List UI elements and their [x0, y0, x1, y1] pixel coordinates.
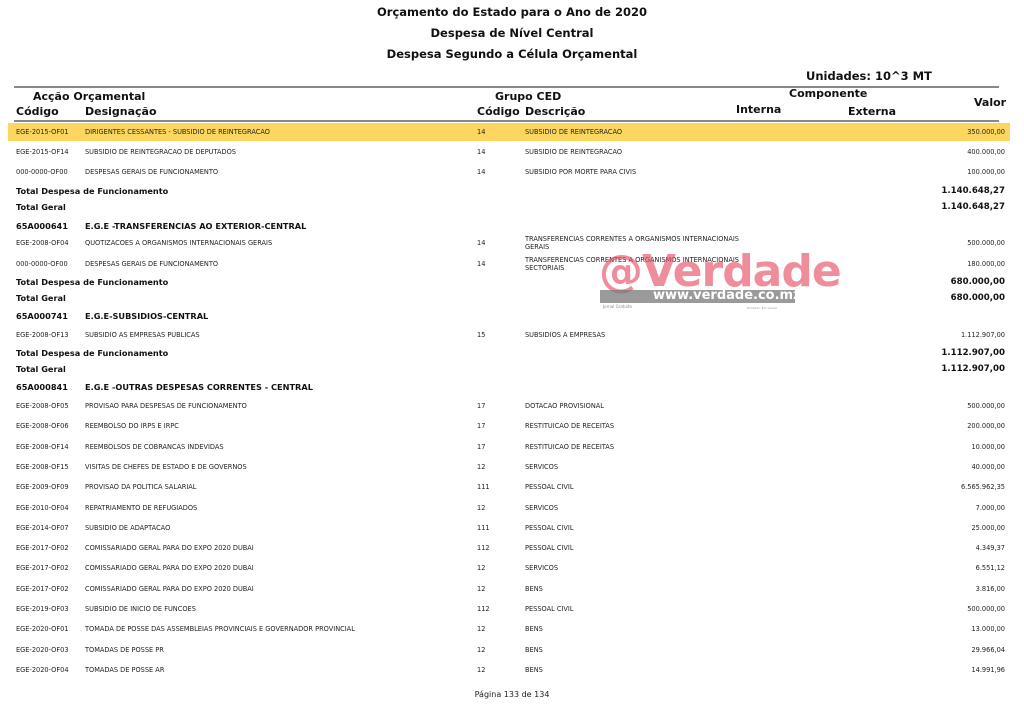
row-group-code: 112 — [477, 600, 490, 618]
table-row[interactable]: EGE-2020-OF01TOMADA DE POSSE DAS ASSEMBL… — [8, 620, 1010, 638]
report-subtitle: Despesa de Nível Central — [0, 26, 1024, 40]
row-description: TRANSFERENCIAS CORRENTES A ORGANISMOS IN… — [525, 256, 739, 272]
row-designation: SUBSIDIO DE REINTEGRACAO DE DEPUTADOS — [85, 143, 236, 161]
row-value: 500.000,00 — [967, 397, 1005, 415]
row-description: SUBSIDIO POR MORTE PARA CIVIS — [525, 163, 636, 181]
row-value: 500.000,00 — [967, 600, 1005, 618]
row-group-code: 14 — [477, 143, 485, 161]
row-designation: PROVISAO DA POLITICA SALARIAL — [85, 478, 196, 496]
table-row[interactable]: EGE-2009-OF09PROVISAO DA POLITICA SALARI… — [8, 478, 1010, 496]
row-designation: DIRIGENTES CESSANTES - SUBSIDIO DE REINT… — [85, 123, 270, 141]
row-code: EGE-2017-OF02 — [16, 580, 69, 598]
report-subtitle-2: Despesa Segundo a Célula Orçamental — [0, 47, 1024, 61]
row-code: EGE-2008-OF06 — [16, 417, 69, 435]
row-designation: VISITAS DE CHEFES DE ESTADO E DE GOVERNO… — [85, 458, 247, 476]
col-codigo: Código — [16, 105, 59, 118]
row-value: 7.000,00 — [976, 499, 1005, 517]
row-designation: TOMADAS DE POSSE PR — [85, 641, 164, 659]
row-group-code: 14 — [477, 255, 485, 273]
row-code: EGE-2017-OF02 — [16, 539, 69, 557]
row-group-code: 111 — [477, 478, 490, 496]
row-value: 29.966,04 — [971, 641, 1005, 659]
row-designation: REPATRIAMENTO DE REFUGIADOS — [85, 499, 197, 517]
row-description: BENS — [525, 580, 543, 598]
col-accao: Acção Orçamental — [33, 90, 145, 103]
row-value: 25.000,00 — [971, 519, 1005, 537]
row-group-code: 112 — [477, 539, 490, 557]
row-code: EGE-2020-OF03 — [16, 641, 69, 659]
col-componente: Componente — [789, 87, 867, 100]
section-code: 65A000641 — [16, 218, 68, 234]
total-label: Total Geral — [16, 290, 66, 306]
row-code: EGE-2008-OF04 — [16, 234, 69, 252]
row-designation: SUBSIDIO DE INICIO DE FUNCOES — [85, 600, 196, 618]
section-name: E.G.E -OUTRAS DESPESAS CORRENTES - CENTR… — [85, 379, 313, 395]
table-row[interactable]: EGE-2015-OF14 SUBSIDIO DE REINTEGRACAO D… — [8, 143, 1010, 161]
row-value: 1.112.907,00 — [961, 326, 1005, 344]
table-row[interactable]: EGE-2017-OF02COMISSARIADO GERAL PARA DO … — [8, 539, 1010, 557]
row-description: DOTACAO PROVISIONAL — [525, 397, 604, 415]
section-header: 65A000641 E.G.E -TRANSFERENCIAS AO EXTER… — [16, 218, 1005, 234]
row-group-code: 14 — [477, 163, 485, 181]
row-designation: COMISSARIADO GERAL PARA DO EXPO 2020 DUB… — [85, 559, 254, 577]
row-group-code: 111 — [477, 519, 490, 537]
row-designation: TOMADA DE POSSE DAS ASSEMBLEIAS PROVINCI… — [85, 620, 355, 638]
row-value: 180.000,00 — [967, 255, 1005, 273]
table-row[interactable]: EGE-2019-OF03SUBSIDIO DE INICIO DE FUNCO… — [8, 600, 1010, 618]
row-value: 40.000,00 — [971, 458, 1005, 476]
col-externa: Externa — [848, 105, 896, 118]
row-description: PESSOAL CIVIL — [525, 519, 574, 537]
row-designation: PROVISAO PARA DESPESAS DE FUNCIONAMENTO — [85, 397, 247, 415]
row-designation: SUBSIDIO AS EMPRESAS PUBLICAS — [85, 326, 200, 344]
row-code: EGE-2020-OF01 — [16, 620, 69, 638]
row-description: BENS — [525, 641, 543, 659]
table-row[interactable]: EGE-2008-OF06REEMBOLSO DO IRPS E IRPC17R… — [8, 417, 1010, 435]
row-code: EGE-2015-OF14 — [16, 143, 69, 161]
row-description: TRANSFERENCIAS CORRENTES A ORGANISMOS IN… — [525, 235, 739, 251]
row-description: RESTITUICAO DE RECEITAS — [525, 417, 614, 435]
row-description: PESSOAL CIVIL — [525, 600, 574, 618]
row-group-code: 12 — [477, 580, 485, 598]
section-code: 65A000741 — [16, 308, 68, 324]
table-row[interactable]: EGE-2015-OF01 DIRIGENTES CESSANTES - SUB… — [8, 123, 1010, 141]
row-description: SERVICOS — [525, 559, 558, 577]
total-value: 1.140.648,27 — [941, 183, 1005, 199]
row-designation: DESPESAS GERAIS DE FUNCIONAMENTO — [85, 255, 218, 273]
total-label: Total Despesa de Funcionamento — [16, 274, 168, 290]
units-label: Unidades: 10^3 MT — [806, 69, 932, 83]
row-value: 400.000,00 — [967, 143, 1005, 161]
table-row[interactable]: EGE-2008-OF04 QUOTIZACOES A ORGANISMOS I… — [8, 234, 1010, 252]
col-designacao: Designação — [85, 105, 157, 118]
col-interna: Interna — [736, 103, 781, 116]
row-value: 100.000,00 — [967, 163, 1005, 181]
row-code: EGE-2019-OF03 — [16, 600, 69, 618]
row-code: EGE-2008-OF14 — [16, 438, 69, 456]
page-number: Página 133 de 134 — [0, 690, 1024, 699]
row-value: 500.000,00 — [967, 234, 1005, 252]
row-group-code: 12 — [477, 620, 485, 638]
row-value: 3.816,00 — [976, 580, 1005, 598]
row-code: EGE-2008-OF13 — [16, 326, 69, 344]
row-designation: REEMBOLSO DO IRPS E IRPC — [85, 417, 179, 435]
row-description: RESTITUICAO DE RECEITAS — [525, 438, 614, 456]
section-name: E.G.E-SUBSIDIOS-CENTRAL — [85, 308, 208, 324]
table-row[interactable]: EGE-2008-OF05PROVISAO PARA DESPESAS DE F… — [8, 397, 1010, 415]
total-value: 680.000,00 — [951, 290, 1005, 306]
total-label: Total Despesa de Funcionamento — [16, 183, 168, 199]
row-group-code: 14 — [477, 234, 485, 252]
row-description: PESSOAL CIVIL — [525, 539, 574, 557]
row-code: EGE-2008-OF15 — [16, 458, 69, 476]
row-description: SUBSIDIO DE REINTEGRACAO — [525, 123, 622, 141]
row-group-code: 15 — [477, 326, 485, 344]
total-value: 1.112.907,00 — [941, 361, 1005, 377]
total-funcionamento: Total Despesa de Funcionamento 1.140.648… — [16, 183, 1005, 199]
row-code: 000-0000-OF00 — [16, 163, 68, 181]
row-group-code: 12 — [477, 499, 485, 517]
row-value: 14.991,96 — [971, 661, 1005, 679]
row-description: BENS — [525, 661, 543, 679]
row-code: EGE-2009-OF09 — [16, 478, 69, 496]
row-description: BENS — [525, 620, 543, 638]
row-code: EGE-2008-OF05 — [16, 397, 69, 415]
header-bottom-rule — [14, 120, 999, 122]
row-group-code: 14 — [477, 123, 485, 141]
table-row[interactable]: EGE-2020-OF04TOMADAS DE POSSE AR12BENS14… — [8, 661, 1010, 679]
row-group-code: 12 — [477, 641, 485, 659]
row-value: 350.000,00 — [967, 123, 1005, 141]
row-designation: COMISSARIADO GERAL PARA DO EXPO 2020 DUB… — [85, 539, 254, 557]
row-designation: TOMADAS DE POSSE AR — [85, 661, 164, 679]
row-group-code: 12 — [477, 559, 485, 577]
col-descricao: Descrição — [525, 105, 585, 118]
row-code: EGE-2015-OF01 — [16, 123, 69, 141]
total-geral: Total Geral 1.140.648,27 — [16, 199, 1005, 215]
row-group-code: 17 — [477, 417, 485, 435]
row-value: 10.000,00 — [971, 438, 1005, 456]
table-row[interactable]: EGE-2017-OF02COMISSARIADO GERAL PARA DO … — [8, 559, 1010, 577]
section-header: 65A000841 E.G.E -OUTRAS DESPESAS CORRENT… — [16, 379, 1005, 395]
table-row[interactable]: EGE-2010-OF04REPATRIAMENTO DE REFUGIADOS… — [8, 499, 1010, 517]
total-label: Total Geral — [16, 361, 66, 377]
row-description: SUBSIDIOS A EMPRESAS — [525, 326, 605, 344]
row-description: SERVICOS — [525, 458, 558, 476]
row-group-code: 12 — [477, 661, 485, 679]
table-row[interactable]: EGE-2020-OF03TOMADAS DE POSSE PR12BENS29… — [8, 641, 1010, 659]
row-group-code: 17 — [477, 397, 485, 415]
report-title: Orçamento do Estado para o Ano de 2020 — [0, 5, 1024, 19]
table-row[interactable]: EGE-2008-OF13 SUBSIDIO AS EMPRESAS PUBLI… — [8, 326, 1010, 344]
row-code: EGE-2017-OF02 — [16, 559, 69, 577]
section-header: 65A000741 E.G.E-SUBSIDIOS-CENTRAL — [16, 308, 1005, 324]
total-value: 1.112.907,00 — [941, 345, 1005, 361]
row-description: SUBSIDIO DE REINTEGRACAO — [525, 143, 622, 161]
total-geral: Total Geral 1.112.907,00 — [16, 361, 1005, 377]
row-value: 13.000,00 — [971, 620, 1005, 638]
row-designation: QUOTIZACOES A ORGANISMOS INTERNACIONAIS … — [85, 234, 272, 252]
row-code: EGE-2020-OF04 — [16, 661, 69, 679]
table-row[interactable]: EGE-2017-OF02COMISSARIADO GERAL PARA DO … — [8, 580, 1010, 598]
row-group-code: 12 — [477, 458, 485, 476]
row-value: 6.551,12 — [976, 559, 1005, 577]
row-code: EGE-2010-OF04 — [16, 499, 69, 517]
total-funcionamento: Total Despesa de Funcionamento 1.112.907… — [16, 345, 1005, 361]
section-code: 65A000841 — [16, 379, 68, 395]
total-label: Total Geral — [16, 199, 66, 215]
row-designation: SUBSIDIO DE ADAPTACAO — [85, 519, 170, 537]
table-row[interactable]: EGE-2014-OF07SUBSIDIO DE ADAPTACAO111PES… — [8, 519, 1010, 537]
row-designation: REEMBOLSOS DE COBRANCAS INDEVIDAS — [85, 438, 224, 456]
row-value: 200.000,00 — [967, 417, 1005, 435]
row-code: EGE-2014-OF07 — [16, 519, 69, 537]
table-row[interactable]: 000-0000-OF00 DESPESAS GERAIS DE FUNCION… — [8, 163, 1010, 181]
total-funcionamento: Total Despesa de Funcionamento 680.000,0… — [16, 274, 1005, 290]
col-grupo-ced: Grupo CED — [495, 90, 561, 103]
row-designation: DESPESAS GERAIS DE FUNCIONAMENTO — [85, 163, 218, 181]
col-grupo-codigo: Código — [477, 105, 520, 118]
row-designation: COMISSARIADO GERAL PARA DO EXPO 2020 DUB… — [85, 580, 254, 598]
total-value: 1.140.648,27 — [941, 199, 1005, 215]
table-row[interactable]: EGE-2008-OF14REEMBOLSOS DE COBRANCAS IND… — [8, 438, 1010, 456]
total-value: 680.000,00 — [951, 274, 1005, 290]
row-description: PESSOAL CIVIL — [525, 478, 574, 496]
total-geral: Total Geral 680.000,00 — [16, 290, 1005, 306]
table-row[interactable]: EGE-2008-OF15VISITAS DE CHEFES DE ESTADO… — [8, 458, 1010, 476]
row-value: 6.565.962,35 — [961, 478, 1005, 496]
col-valor: Valor — [974, 96, 1006, 109]
row-code: 000-0000-OF00 — [16, 255, 68, 273]
row-group-code: 17 — [477, 438, 485, 456]
total-label: Total Despesa de Funcionamento — [16, 345, 168, 361]
row-value: 4.349,37 — [976, 539, 1005, 557]
table-row[interactable]: 000-0000-OF00 DESPESAS GERAIS DE FUNCION… — [8, 255, 1010, 273]
row-description: SERVICOS — [525, 499, 558, 517]
section-name: E.G.E -TRANSFERENCIAS AO EXTERIOR-CENTRA… — [85, 218, 306, 234]
